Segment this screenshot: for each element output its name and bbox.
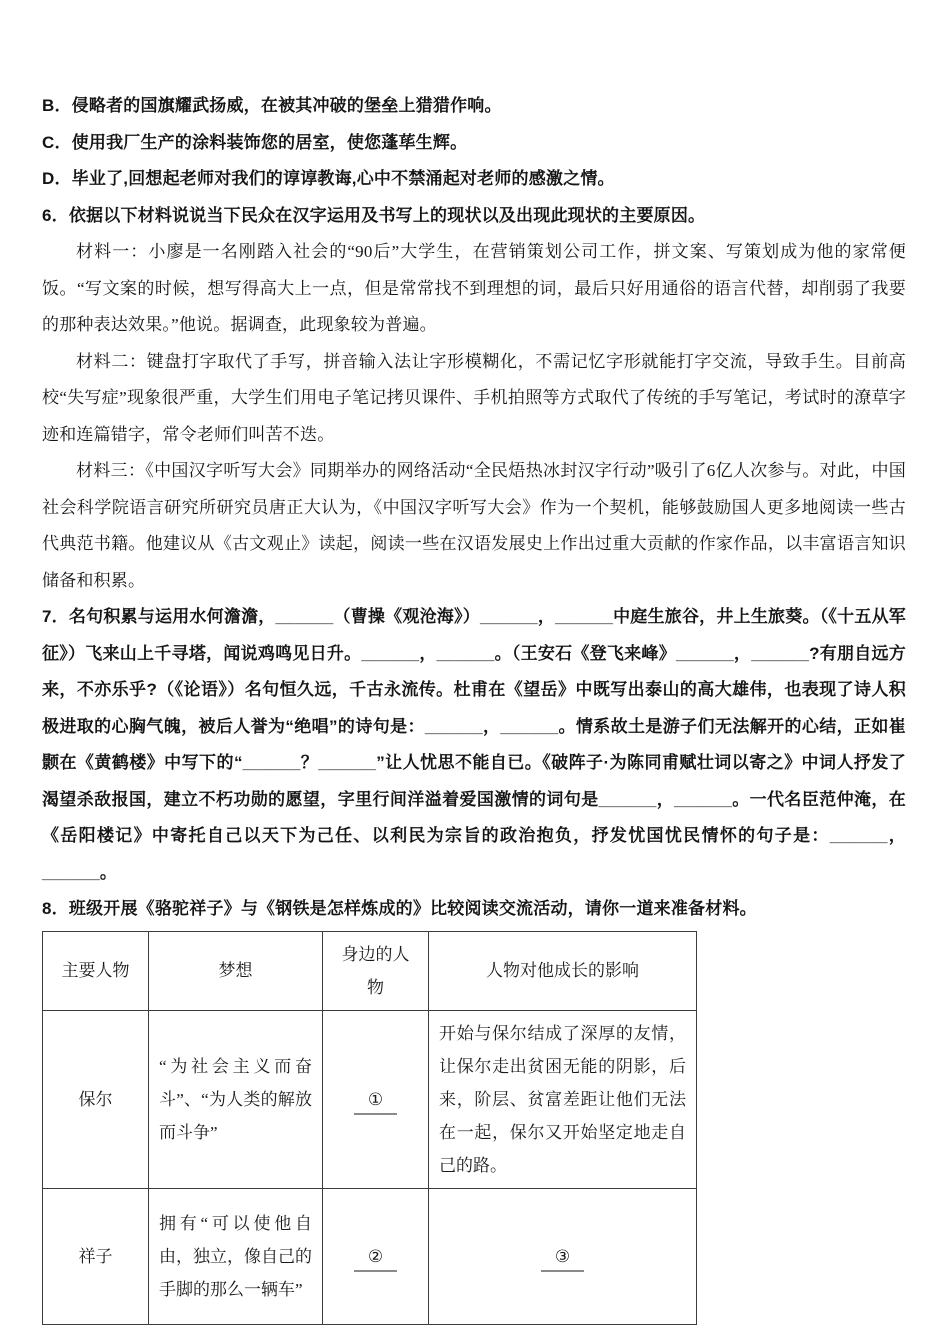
blank-1-marker: ①: [354, 1090, 397, 1115]
blank-3-marker: ③: [541, 1247, 584, 1272]
header-nearby-person-label: 身边的人物: [336, 938, 416, 1004]
table-row-xiangzi: 祥子 拥有“可以使他自由，独立，像自己的手脚的那么一辆车” ② ③: [43, 1188, 697, 1324]
cell-xiangzi-name: 祥子: [43, 1188, 149, 1324]
blank-2-marker: ②: [354, 1247, 397, 1272]
option-c: C．使用我厂生产的涂料装饰您的居室，使您蓬荜生辉。: [42, 125, 906, 162]
header-main-character-label: 主要人物: [62, 961, 130, 980]
question-6-material-3: 材料三：《中国汉字听写大会》同期举办的网络活动“全民焐热冰封汉字行动”吸引了6亿…: [42, 453, 906, 599]
header-influence: 人物对他成长的影响: [429, 931, 697, 1010]
cell-blank-1: ①: [323, 1010, 429, 1188]
question-6-stem: 6．依据以下材料说说当下民众在汉字运用及书写上的现状以及出现此现状的主要原因。: [42, 198, 906, 235]
cell-blank-3: ③: [429, 1188, 697, 1324]
header-influence-label: 人物对他成长的影响: [486, 961, 639, 980]
question-7-stem: 7．名句积累与运用水何澹澹，______（曹操《观沧海》）______，____…: [42, 599, 906, 891]
question-6-material-2: 材料二：键盘打字取代了手写，拼音输入法让字形模糊化，不需记忆字形就能打字交流，导…: [42, 344, 906, 454]
header-dream: 梦想: [149, 931, 323, 1010]
xiangzi-name-text: 祥子: [79, 1247, 113, 1266]
question-8-stem: 8．班级开展《骆驼祥子》与《钢铁是怎样炼成的》比较阅读交流活动，请你一道来准备材…: [42, 891, 906, 928]
cell-xiangzi-dream: 拥有“可以使他自由，独立，像自己的手脚的那么一辆车”: [149, 1188, 323, 1324]
header-nearby-person: 身边的人物: [323, 931, 429, 1010]
table-header-row: 主要人物 梦想 身边的人物 人物对他成长的影响: [43, 931, 697, 1010]
baoer-dream-text: “为社会主义而奋斗”、“为人类的解放而斗争”: [159, 1057, 312, 1142]
exam-document-page: B．侵略者的国旗耀武扬威，在被其冲破的堡垒上猎猎作响。 C．使用我厂生产的涂料装…: [0, 0, 950, 1344]
cell-blank-2: ②: [323, 1188, 429, 1324]
baoer-name-text: 保尔: [79, 1090, 113, 1109]
xiangzi-dream-text: 拥有“可以使他自由，独立，像自己的手脚的那么一辆车”: [159, 1214, 312, 1299]
header-main-character: 主要人物: [43, 931, 149, 1010]
cell-baoer-name: 保尔: [43, 1010, 149, 1188]
table-row-baoer: 保尔 “为社会主义而奋斗”、“为人类的解放而斗争” ① 开始与保尔结成了深厚的友…: [43, 1010, 697, 1188]
character-comparison-table: 主要人物 梦想 身边的人物 人物对他成长的影响 保尔 “为社会主义而奋斗”、“为…: [42, 931, 697, 1325]
cell-baoer-influence: 开始与保尔结成了深厚的友情，让保尔走出贫困无能的阴影，后来，阶层、贫富差距让他们…: [429, 1010, 697, 1188]
option-b: B．侵略者的国旗耀武扬威，在被其冲破的堡垒上猎猎作响。: [42, 88, 906, 125]
header-dream-label: 梦想: [219, 961, 253, 980]
option-d: D．毕业了,回想起老师对我们的谆谆教诲,心中不禁涌起对老师的感激之情。: [42, 161, 906, 198]
question-6-material-1: 材料一：小廖是一名刚踏入社会的“90后”大学生，在营销策划公司工作，拼文案、写策…: [42, 234, 906, 344]
baoer-influence-text: 开始与保尔结成了深厚的友情，让保尔走出贫困无能的阴影，后来，阶层、贫富差距让他们…: [439, 1024, 686, 1175]
cell-baoer-dream: “为社会主义而奋斗”、“为人类的解放而斗争”: [149, 1010, 323, 1188]
